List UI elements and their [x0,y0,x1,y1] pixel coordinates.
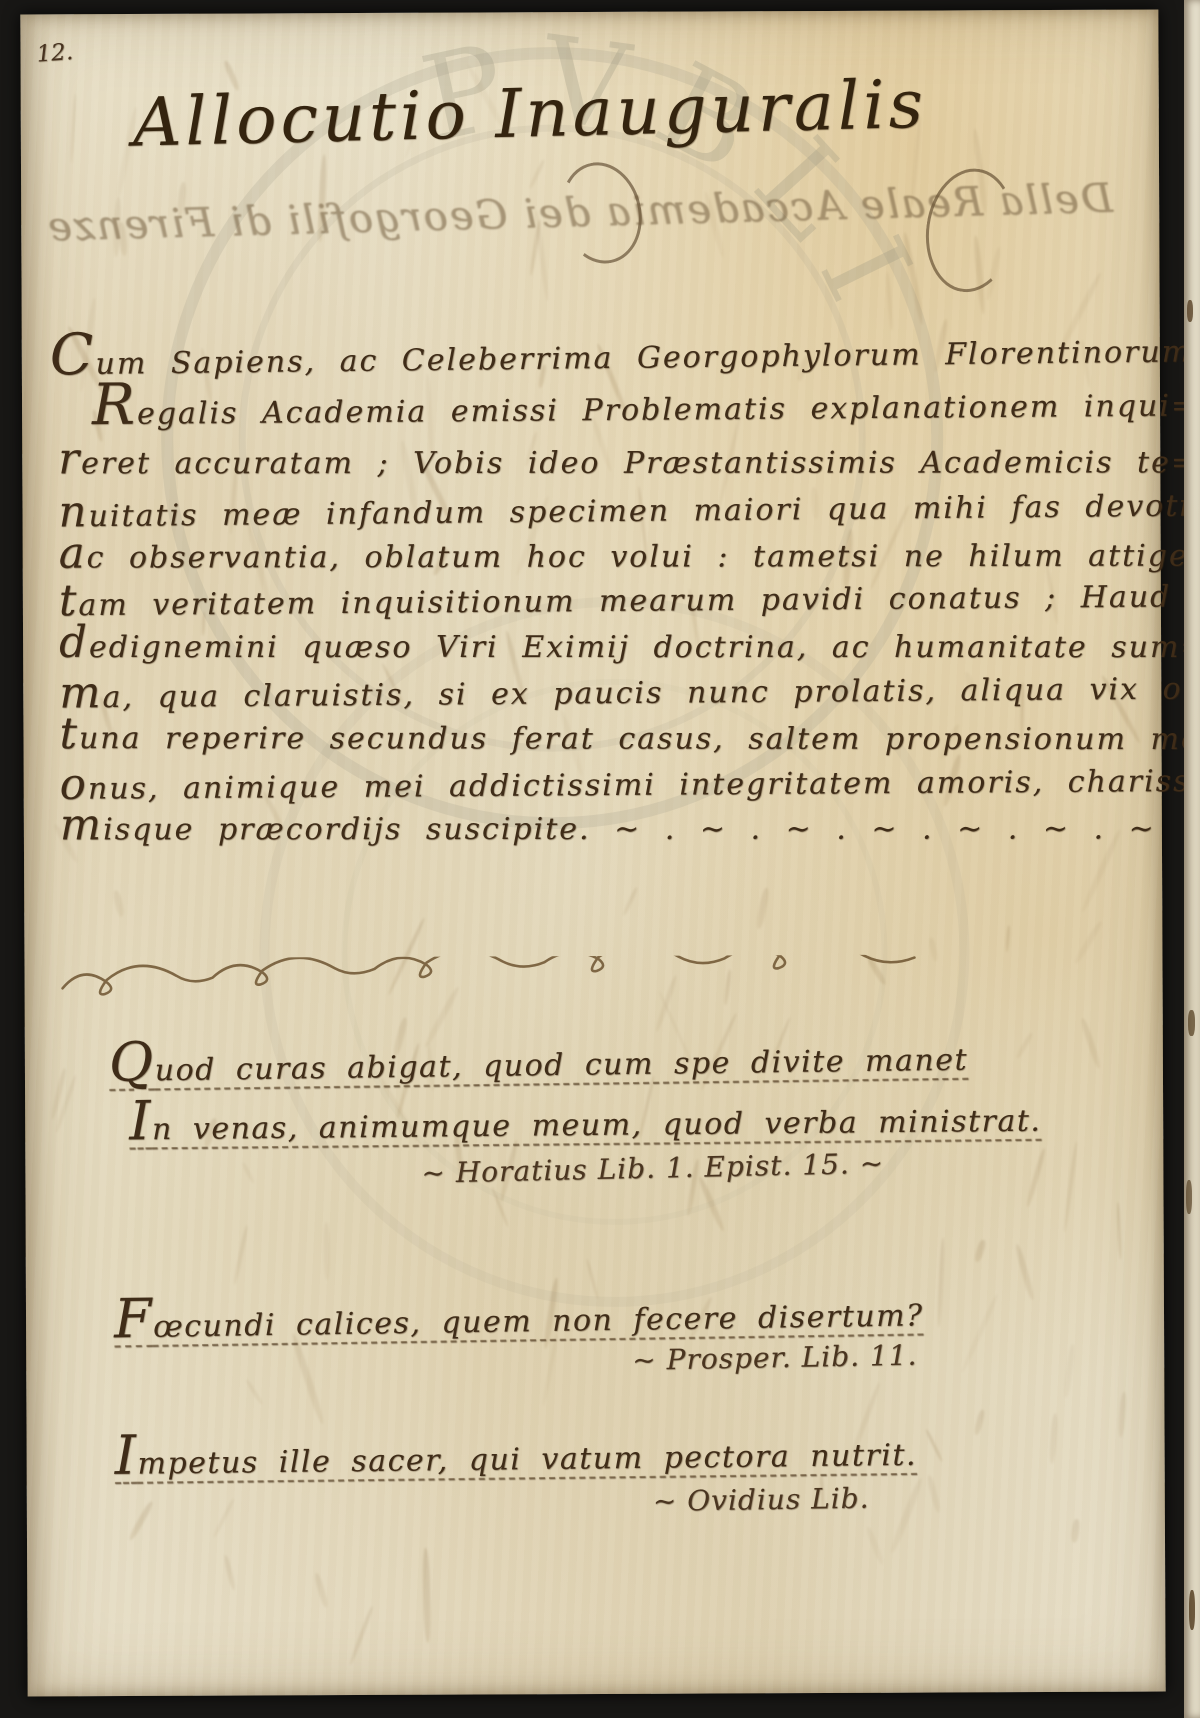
bleedthrough-stroke [925,1429,944,1462]
bleedthrough-stroke [1116,1202,1122,1260]
bleedthrough-stroke [985,246,1003,301]
bleedthrough-stroke [973,235,987,315]
bleedthrough-stroke [1070,1518,1080,1543]
bleedthrough-stroke [314,1572,330,1608]
quote-attribution: ~ Ovidius Lib. [653,1482,870,1518]
bleedthrough-stroke [232,1225,249,1286]
bleedthrough-stroke [541,1332,559,1406]
bleedthrough-stroke [212,1499,235,1539]
opening-paragraph: Cum Sapiens, ac Celeberrima Georgophylor… [20,10,1158,15]
bleedthrough-stroke [865,1526,885,1565]
bleedthrough-stroke [69,93,76,163]
bleedthrough-stroke [622,886,639,916]
bleedthrough-stroke [290,1333,326,1426]
quote-attribution: ~ Prosper. Lib. 11. [632,1339,918,1377]
ink-mark [1189,1590,1195,1630]
quote-horatius: Quod curas abigat, quod cum spe divite m… [20,10,1158,15]
ink-mark [1186,1180,1192,1214]
bleedthrough-stroke [902,231,925,325]
manuscript-line: misque præcordijs suscipite. ∼ . ∼ . ∼ .… [60,799,1156,850]
manuscript-page: PVBLI 12. Allocutio Inauguralis Della Re… [20,10,1165,1697]
bleedthrough-stroke [422,1548,431,1643]
bleedthrough-subtitle: Della Reale Accademia dei Georgofili di … [47,176,1114,251]
manuscript-line: Regalis Academia emissi Problematis expl… [92,377,1198,432]
bleedthrough-stroke [973,1239,986,1263]
bleedthrough-stroke [349,1605,375,1665]
quote-line: Impetus ille sacer, qui vatum pectora nu… [114,1428,917,1482]
bleedthrough-stroke [323,1222,330,1280]
bleedthrough-stroke [885,272,894,331]
quote-ovidius: Impetus ille sacer, qui vatum pectora nu… [20,10,1158,15]
bleedthrough-stroke [1014,1244,1035,1302]
manuscript-line: Cum Sapiens, ac Celeberrima Georgophylor… [50,323,1193,382]
bleedthrough-stroke [1005,925,1010,953]
bleedthrough-stroke [1015,1032,1034,1060]
bleedthrough-stroke [128,1500,155,1542]
bleedthrough-stroke [55,1074,78,1133]
quote-line: Fœcundi calices, quem non fecere disertu… [114,1288,924,1345]
bleedthrough-stroke [528,159,546,189]
bleedthrough-stroke [1079,1018,1102,1070]
next-page-edge [1184,0,1200,1718]
flourish-divider [54,954,1074,1010]
bleedthrough-stroke [960,1293,1000,1374]
bleedthrough-stroke [241,1162,255,1184]
bleedthrough-stroke [755,887,769,929]
ink-mark [1187,300,1193,322]
folio-number: 12. [36,39,74,68]
manuscript-scan: PVBLI 12. Allocutio Inauguralis Della Re… [0,0,1200,1718]
ink-mark [1188,1010,1195,1036]
bleedthrough-stroke [491,1186,510,1227]
bleedthrough-stroke [1073,920,1103,965]
bleedthrough-stroke [50,1067,67,1120]
bleedthrough-stroke [1063,1141,1079,1233]
bleedthrough-stroke [113,889,126,917]
bleedthrough-stroke [697,1176,726,1232]
bleedthrough-stroke [245,1379,264,1406]
bleedthrough-stroke [1118,1391,1128,1437]
bleedthrough-stroke [1025,1147,1047,1207]
quote-line: In venas, animumque meum, quod verba min… [129,1094,1042,1148]
page-title: Allocutio Inauguralis [132,65,928,162]
bleedthrough-stroke [973,1409,986,1436]
bleedthrough-stroke [926,1475,942,1514]
bleedthrough-stroke [1063,1343,1075,1398]
quote-attribution: ~ Horatius Lib. 1. Epist. 15. ~ [421,1147,884,1190]
bleedthrough-stroke [223,1555,236,1591]
quote-line: Quod curas abigat, quod cum spe divite m… [109,1033,969,1089]
manuscript-line: reret accuratam ; Vobis ideo Præstantiss… [58,433,1198,484]
quote-prosper: Fœcundi calices, quem non fecere disertu… [20,10,1158,15]
bleedthrough-stroke [889,1477,924,1554]
bleedthrough-stroke [1048,1413,1058,1464]
bleedthrough-stroke [937,1237,945,1328]
